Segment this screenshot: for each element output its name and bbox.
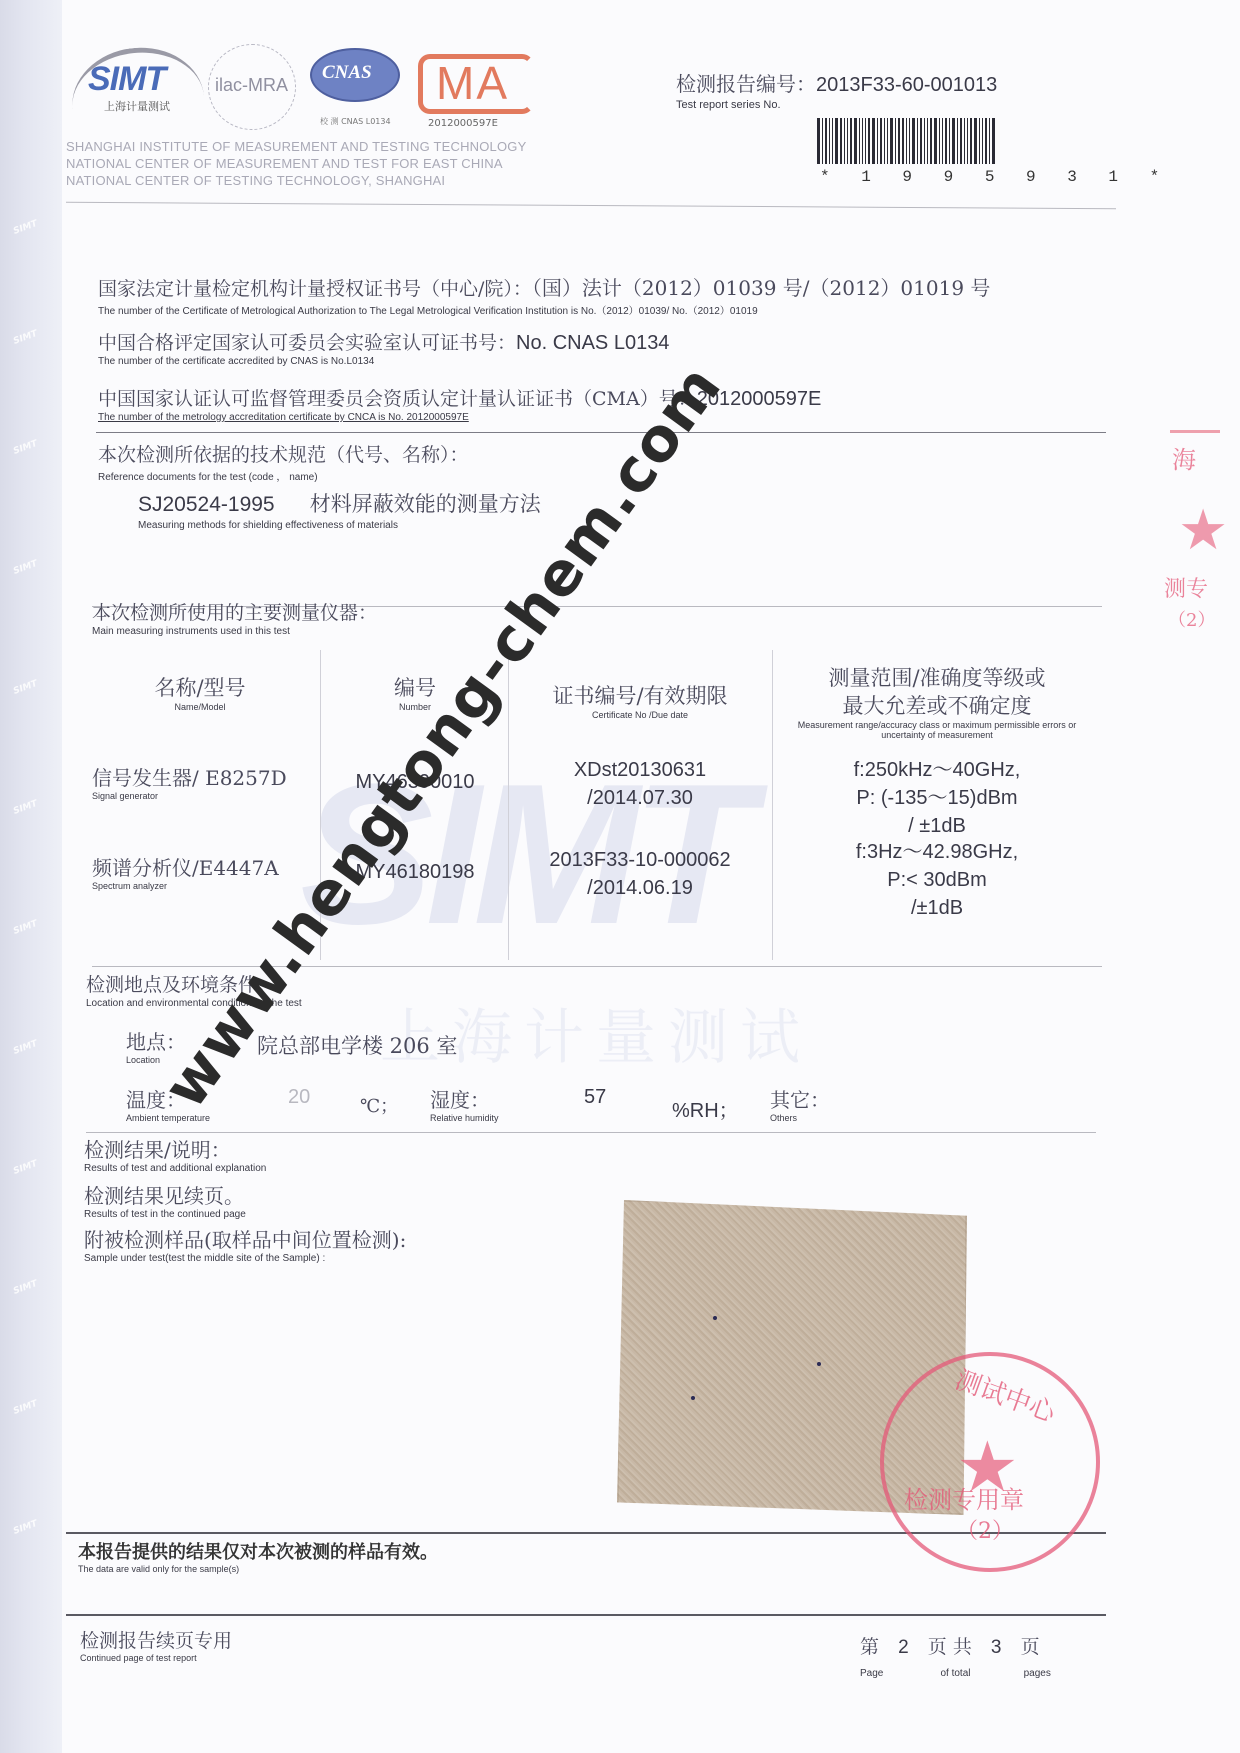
environment-divider bbox=[86, 1132, 1096, 1133]
humidity-value: 57 bbox=[584, 1086, 606, 1109]
ilac-mra-logo: ilac-MRA bbox=[208, 44, 296, 130]
simt-watermark-mark: SIMT bbox=[12, 554, 56, 585]
official-stamp: ★ 测试中心 检测专用章 （2） bbox=[880, 1352, 1100, 1572]
simt-watermark-mark: SIMT bbox=[12, 1514, 56, 1545]
cert-cnas: 中国合格评定国家认可委员会实验室认可证书号：No. CNAS L0134 The… bbox=[98, 328, 669, 367]
humidity-label: 湿度： Relative humidity bbox=[430, 1084, 499, 1123]
results-label: 检测结果/说明： Results of test and additional … bbox=[84, 1134, 266, 1174]
cert-divider bbox=[96, 432, 1106, 433]
table-column-divider bbox=[772, 650, 773, 960]
table-row: 信号发生器/ E8257D Signal generator bbox=[92, 762, 287, 801]
others-label: 其它： Others bbox=[770, 1084, 830, 1123]
reference-label: 本次检测所依据的技术规范（代号、名称）： Reference documents… bbox=[98, 440, 469, 483]
simt-logo: SIMT 上海计量测试 bbox=[70, 48, 200, 112]
column-header-range: 测量范围/准确度等级或 最大允差或不确定度 Measurement range/… bbox=[782, 664, 1092, 740]
humidity-unit: %RH； bbox=[672, 1094, 739, 1123]
continued-page-label: 检测报告续页专用 Continued page of test report bbox=[80, 1626, 232, 1663]
simt-watermark-mark: SIMT bbox=[12, 324, 56, 355]
simt-watermark-mark: SIMT bbox=[12, 914, 56, 945]
column-header-name: 名称/型号 Name/Model bbox=[100, 672, 300, 712]
barcode bbox=[817, 118, 1025, 164]
left-binding-edge: SIMT SIMT SIMT SIMT SIMT SIMT SIMT SIMT … bbox=[0, 0, 62, 1753]
simt-watermark-mark: SIMT bbox=[12, 674, 56, 705]
cert-authorization: 国家法定计量检定机构计量授权证书号（中心/院）：（国）法计（2012）01039… bbox=[98, 272, 990, 317]
temperature-value: 20 bbox=[288, 1086, 310, 1109]
sample-label: 附被检测样品(取样品中间位置检测): Sample under test(tes… bbox=[84, 1224, 406, 1264]
institute-names: SHANGHAI INSTITUTE OF MEASUREMENT AND TE… bbox=[66, 138, 526, 189]
table-cell-certificate: XDst20130631 /2014.07.30 bbox=[520, 756, 760, 812]
header-divider bbox=[66, 202, 1116, 209]
edge-stamp: 海 ★ 测专 （2） bbox=[1160, 420, 1240, 680]
simt-watermark-mark: SIMT bbox=[12, 1274, 56, 1305]
simt-watermark-mark: SIMT bbox=[12, 214, 56, 245]
simt-watermark-mark: SIMT bbox=[12, 434, 56, 465]
simt-watermark-mark: SIMT bbox=[12, 794, 56, 825]
temperature-unit: ℃； bbox=[360, 1092, 398, 1118]
report-number: 检测报告编号：2013F33-60-001013 Test report ser… bbox=[676, 68, 997, 111]
reference-document: SJ20524-1995 材料屏蔽效能的测量方法 Measuring metho… bbox=[138, 488, 541, 531]
table-cell-certificate: 2013F33-10-000062 /2014.06.19 bbox=[520, 846, 760, 902]
footer-divider bbox=[66, 1614, 1106, 1616]
instruments-label: 本次检测所使用的主要测量仪器： Main measuring instrumen… bbox=[92, 598, 377, 637]
validity-notice: 本报告提供的结果仅对本次被测的样品有效。 The data are valid … bbox=[78, 1538, 438, 1574]
page-indicator: 第 2 页 共 3 页 Page of total pages bbox=[860, 1632, 1051, 1680]
barcode-number: * 1 9 9 5 9 3 1 * bbox=[820, 168, 1170, 186]
simt-watermark-mark: SIMT bbox=[12, 1394, 56, 1425]
location-value: 院总部电学楼 206 室 bbox=[257, 1030, 457, 1060]
simt-watermark-mark: SIMT bbox=[12, 1034, 56, 1065]
table-row: 频谱分析仪/E4447A Spectrum analyzer bbox=[92, 852, 279, 891]
simt-watermark-mark: SIMT bbox=[12, 1154, 56, 1185]
cma-logo: MA 2012000597E bbox=[418, 54, 528, 108]
column-header-certificate: 证书编号/有效期限 Certificate No /Due date bbox=[520, 680, 760, 720]
table-cell-range: f:3Hz～42.98GHz, P:< 30dBm /±1dB bbox=[782, 838, 1092, 922]
results-text: 检测结果见续页。 Results of test in the continue… bbox=[84, 1180, 246, 1220]
table-cell-range: f:250kHz～40GHz, P: (-135～15)dBm / ±1dB bbox=[782, 756, 1092, 840]
cnas-logo: CNAS 校 测 CNAS L0134 bbox=[310, 48, 398, 102]
